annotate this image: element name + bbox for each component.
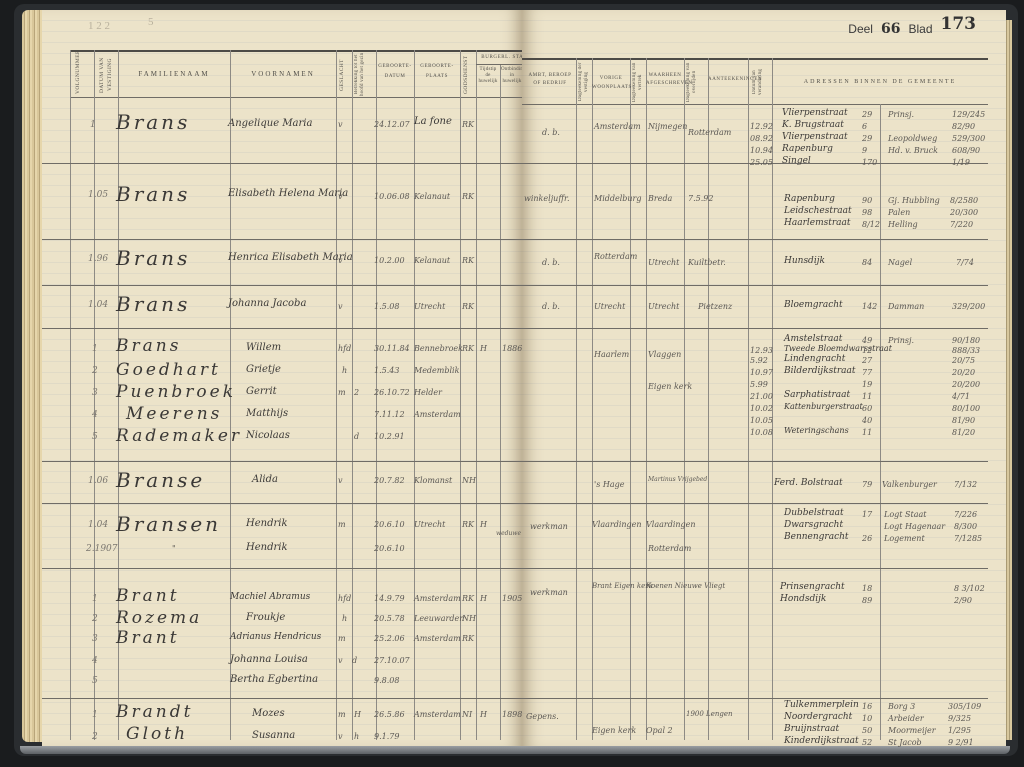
address-number: 9	[862, 146, 867, 155]
sex: v	[338, 302, 343, 311]
reference-number: 529/300	[952, 134, 985, 143]
birth-date: 10.2.91	[374, 432, 405, 441]
address-street: Kattenburgerstraat	[784, 402, 863, 411]
birth-place: Helder	[414, 388, 442, 397]
pencil-mark: 5	[148, 16, 154, 28]
address-number: 52	[862, 738, 872, 747]
sex: v	[338, 656, 343, 665]
birth-date: 26.5.86	[374, 710, 405, 719]
address-note: Logement	[884, 534, 925, 543]
birth-date: 1.5.08	[374, 302, 399, 311]
given-names: Machiel Abramus	[230, 592, 310, 602]
occupation: d. b.	[542, 258, 560, 267]
address-note: Palen	[888, 208, 910, 217]
surname: Brans	[116, 246, 190, 270]
address-note: Logt Hagenaar	[884, 522, 945, 531]
surname: Brant	[116, 628, 180, 648]
address-date: 25.05	[750, 158, 773, 167]
address-street: Tweede Bloemdwarsstraat	[784, 344, 892, 353]
religion: RK	[462, 256, 474, 265]
record-number: 5	[92, 676, 98, 686]
relation: d	[354, 432, 359, 441]
birth-date: 7.11.12	[374, 410, 405, 419]
address-street: Vlierpenstraat	[782, 108, 848, 118]
address-number: 98	[862, 208, 872, 217]
left-page: 1 2 2 5 Volgnummer Datum van vestiging F…	[42, 10, 522, 746]
col-header-betrekking: Betrekking tot het hoofd van het gezin	[354, 52, 374, 96]
marriage-date: 1905	[502, 594, 522, 603]
religion: RK	[462, 344, 474, 353]
relation: h	[354, 732, 359, 741]
sex: v	[338, 192, 343, 201]
relation: h	[342, 614, 347, 623]
sex: m	[338, 710, 346, 719]
birth-date: 14.9.79	[374, 594, 405, 603]
address-number: 16	[862, 702, 872, 711]
birth-date: 26.10.72	[374, 388, 410, 397]
surname: Brandt	[116, 702, 193, 722]
previous-residence: Haarlem	[594, 350, 629, 359]
address-note: St Jacob	[888, 738, 922, 747]
reference-number: 80/100	[952, 404, 980, 413]
occupation: d. b.	[542, 302, 560, 311]
previous-residence: Brant Eigen kerk	[592, 582, 653, 590]
previous-residence: Utrecht	[594, 302, 625, 311]
departed-to: Eigen kerk	[648, 382, 692, 391]
previous-residence: Vlaardingen	[592, 520, 642, 529]
marital-status: H	[480, 520, 487, 529]
volume-label: Deel	[848, 22, 873, 36]
address-note: Nagel	[888, 258, 912, 267]
col-header-waarheen: Waarheen afgeschreven	[646, 72, 684, 88]
relation: 2	[354, 388, 359, 397]
surname: Brans	[116, 336, 181, 356]
address-street: Haarlemstraat	[784, 218, 851, 228]
birth-date: 24.12.07	[374, 120, 410, 129]
surname: Rozema	[116, 608, 202, 628]
birth-place: Amsterdam	[414, 410, 461, 419]
remark: 1900 Lengen	[686, 710, 732, 718]
address-street: Dwarsgracht	[784, 520, 843, 530]
address-street: Lindengracht	[784, 354, 845, 364]
reference-number: 8/2580	[950, 196, 978, 205]
address-note: Borg 3	[888, 702, 915, 711]
relation: hfd	[338, 344, 351, 353]
birth-place: Amsterdam	[414, 634, 461, 643]
given-names: Alida	[252, 474, 278, 485]
given-names: Nicolaas	[246, 430, 290, 441]
sex: m	[338, 520, 346, 529]
reference-number: 81/20	[952, 428, 975, 437]
birth-place: Amsterdam	[414, 594, 461, 603]
reference-number: 82/90	[952, 122, 975, 131]
address-number: 29	[862, 134, 872, 143]
address-note: Moormeijer	[888, 726, 936, 735]
reference-number: 7/74	[956, 258, 974, 267]
given-names: Willem	[246, 342, 281, 353]
birth-place: Utrecht	[414, 520, 445, 529]
previous-residence: Middelburg	[594, 194, 642, 203]
birth-place: Kelanaut	[414, 256, 450, 265]
address-street: Tulkemmerplein	[784, 700, 859, 710]
address-date: 10.05	[750, 416, 773, 425]
marital-status: H	[480, 594, 487, 603]
address-date: 5.99	[750, 380, 768, 389]
surname: Goedhart	[116, 360, 221, 380]
record-number: 1	[92, 710, 98, 720]
reference-number: 129/245	[952, 110, 985, 119]
ditto-mark: "	[172, 544, 176, 553]
marital-status: H	[480, 710, 487, 719]
given-names: Mozes	[252, 708, 285, 719]
address-number: 18	[862, 584, 872, 593]
surname: Meerens	[126, 404, 222, 424]
birth-date: 9.8.08	[374, 676, 399, 685]
address-number: 90	[862, 196, 872, 205]
departed-to: Utrecht	[648, 302, 679, 311]
given-names: Gerrit	[246, 386, 277, 397]
departed-to: Koenen Nieuwe Vliegt	[646, 582, 725, 590]
address-date: 10.08	[750, 428, 773, 437]
address-street: Hondsdijk	[780, 594, 826, 604]
religion: NH	[462, 476, 476, 485]
address-number: 50	[862, 726, 872, 735]
address-date: 10.94	[750, 146, 773, 155]
reference-number: 8/300	[954, 522, 977, 531]
remark: 7.5.92	[688, 194, 713, 203]
address-note: Helling	[888, 220, 918, 229]
col-header-dagteekening-vestiging: Dagteekening der vestiging	[578, 62, 590, 102]
birth-date: 20.7.82	[374, 476, 405, 485]
birth-date: 30.11.84	[374, 344, 410, 353]
birth-date: 1.5.43	[374, 366, 399, 375]
departed-to: Vlaggen	[648, 350, 681, 359]
surname: Brans	[116, 182, 190, 206]
remark: Rotterdam	[688, 128, 731, 137]
religion: RK	[462, 634, 474, 643]
record-number: 1	[92, 594, 98, 604]
address-street: Bruijnstraat	[784, 724, 839, 734]
occupation: Gepens.	[526, 712, 559, 721]
col-header-familienaam: Familienaam	[118, 70, 230, 78]
address-number: 8/12	[862, 220, 880, 229]
surname: Brans	[116, 292, 190, 316]
given-names: Henrica Elisabeth Maria	[228, 252, 353, 263]
record-number: 1	[90, 120, 96, 130]
departed-to: Martinus Vrijgebed	[648, 476, 707, 483]
col-header-datum-vestiging: Datum van vestiging	[98, 56, 114, 94]
birth-place: Kelanaut	[414, 192, 450, 201]
remark: Kuiltbetr.	[688, 258, 726, 267]
departed-to: Nijmegen	[648, 122, 687, 131]
reference-number: 9/325	[948, 714, 971, 723]
occupation: werkman	[530, 588, 568, 597]
previous-residence: Rotterdam	[594, 252, 637, 261]
address-street: Ferd. Bolstraat	[774, 478, 843, 488]
record-number: 1.96	[88, 254, 108, 264]
reference-number: 20/75	[952, 356, 975, 365]
address-number: 11	[862, 392, 872, 401]
surname: Brans	[116, 110, 190, 134]
reference-number: 608/90	[952, 146, 980, 155]
address-street: Prinsengracht	[780, 582, 845, 592]
religion: RK	[462, 520, 474, 529]
address-date: 08.92	[750, 134, 773, 143]
relation: H	[354, 710, 361, 719]
reference-number: 329/200	[952, 302, 985, 311]
given-names: Bertha Egbertina	[230, 674, 318, 685]
birth-date: 10.2.00	[374, 256, 405, 265]
address-number: 29	[862, 110, 872, 119]
record-number: 3	[92, 634, 98, 644]
surname: Gloth	[126, 724, 188, 744]
reference-number: 4/71	[952, 392, 970, 401]
reference-number: 305/109	[948, 702, 981, 711]
address-number: 11	[862, 428, 872, 437]
col-header-geboorteplaats: Geboorte-plaats	[414, 62, 460, 82]
departed-to: Vlaardingen	[646, 520, 696, 529]
given-names: Grietje	[246, 364, 281, 375]
record-number: 1.06	[88, 476, 108, 486]
birth-place: Bennebroek	[414, 344, 463, 353]
relation: d	[352, 656, 357, 665]
address-number: 17	[862, 510, 872, 519]
address-note: Arbeider	[888, 714, 924, 723]
sex: v	[338, 476, 343, 485]
col-header-vorige-woonplaats: Vorige woonplaats	[592, 74, 630, 92]
religion: RK	[462, 302, 474, 311]
record-number: 1.04	[88, 520, 108, 530]
record-number: 3	[92, 388, 98, 398]
col-header-dagteekening-vertrek: Dagteekening van vertrek	[632, 62, 644, 102]
birth-place: Medemblik	[414, 366, 459, 375]
birth-date: 25.2.06	[374, 634, 405, 643]
relation: hfd	[338, 594, 351, 603]
col-header-tijdstip-huwelijk: Tijdstip de huwelijk	[477, 67, 499, 85]
surname: Branse	[116, 468, 205, 492]
departed-to: Utrecht	[648, 258, 679, 267]
sex: v	[338, 256, 343, 265]
book-bottom-edge	[20, 746, 1010, 754]
birth-place: Leeuwarden	[414, 614, 464, 623]
birth-date: 20.6.10	[374, 520, 405, 529]
address-street: Rapenburg	[782, 144, 833, 154]
address-street: Noordergracht	[784, 712, 852, 722]
address-note: Gj. Hubbling	[888, 196, 940, 205]
col-header-ambt: Ambt, beroep of bedrijf	[526, 72, 574, 88]
reference-number: 20/20	[952, 368, 975, 377]
previous-residence: Amsterdam	[594, 122, 641, 131]
col-header-geslacht: Geslacht	[338, 56, 350, 94]
reference-number: 7/220	[950, 220, 973, 229]
relation: h	[342, 366, 347, 375]
given-names: Elisabeth Helena Maria	[228, 188, 348, 199]
religion: RK	[462, 120, 474, 129]
given-names: Angelique Maria	[228, 118, 312, 129]
address-number: 10	[862, 714, 872, 723]
previous-residence: Eigen kerk	[592, 726, 636, 735]
address-date: 10.97	[750, 368, 773, 377]
reference-number: 8 3/102	[954, 584, 985, 593]
col-header-datum-verandering: Datum van verandering	[752, 62, 768, 102]
address-street: Kinderdijkstraat	[784, 736, 859, 746]
sheet-label: Blad	[908, 22, 932, 36]
sex: v	[338, 120, 343, 129]
address-date: 12.93	[750, 346, 773, 355]
address-number: 77	[862, 368, 872, 377]
address-number: 89	[862, 596, 872, 605]
reference-number: 2/90	[954, 596, 972, 605]
record-number: 2	[92, 614, 98, 624]
religion: RK	[462, 192, 474, 201]
birth-place: Klomanst	[414, 476, 452, 485]
given-names: Susanna	[252, 730, 295, 741]
remark: Pietzenz	[698, 302, 732, 311]
birth-place: La fone	[414, 116, 452, 127]
birth-date: 27.10.07	[374, 656, 410, 665]
address-note: Valkenburger	[882, 480, 937, 489]
address-number: 6	[862, 122, 867, 131]
surname: Brant	[116, 586, 180, 606]
surname: Rademaker	[116, 426, 242, 446]
address-number: 40	[862, 416, 872, 425]
occupation: werkman	[530, 522, 568, 531]
marriage-date: 1898	[502, 710, 522, 719]
given-names: Johanna Louisa	[230, 654, 308, 665]
address-number: 170	[862, 158, 877, 167]
reference-number: 1/19	[952, 158, 970, 167]
previous-residence: 's Hage	[594, 480, 624, 489]
reference-number: 90/180	[952, 336, 980, 345]
birth-date: 10.06.08	[374, 192, 410, 201]
address-street: Weteringschans	[784, 426, 849, 435]
birth-date: 20.6.10	[374, 544, 405, 553]
remark: Rotterdam	[648, 544, 691, 553]
given-names: Hendrik	[246, 542, 288, 553]
address-street: Leidschestraat	[784, 206, 852, 216]
address-number: 60	[862, 404, 872, 413]
address-street: Sarphatistraat	[784, 390, 850, 400]
address-date: 21.00	[750, 392, 773, 401]
given-names: Johanna Jacoba	[228, 298, 306, 309]
volume-number: 66	[881, 21, 900, 37]
reference-number: 20/200	[952, 380, 980, 389]
left-page-edges	[22, 10, 44, 742]
address-street: Bilderdijkstraat	[784, 366, 856, 376]
address-street: Hunsdijk	[784, 256, 825, 266]
reference-number: 81/90	[952, 416, 975, 425]
address-street: Bennengracht	[784, 532, 849, 542]
address-date: 12.92	[750, 122, 773, 131]
marriage-date: 1886	[502, 344, 522, 353]
reference-number: 7/226	[954, 510, 977, 519]
reference-number: 9 2/91	[948, 738, 974, 747]
address-note: Damman	[888, 302, 924, 311]
right-page: Deel 66 Blad 173 Ambt, beroep of bedrijf…	[522, 10, 1006, 746]
sex: v	[338, 732, 343, 741]
address-street: K. Brugstraat	[782, 120, 844, 130]
record-number: 1.04	[88, 300, 108, 310]
sheet-number: 173	[941, 14, 977, 34]
address-note: Leopoldweg	[888, 134, 937, 143]
address-street: Amstelstraat	[784, 334, 842, 344]
reference-number: 7/1285	[954, 534, 982, 543]
address-number: 12	[862, 346, 872, 355]
address-number: 79	[862, 480, 872, 489]
col-header-voornamen: Voornamen	[230, 70, 336, 78]
departed-to: Breda	[648, 194, 672, 203]
record-number: 4	[92, 656, 98, 666]
birth-date: 9.1.79	[374, 732, 399, 741]
surname: Bransen	[116, 512, 221, 536]
given-names: Hendrik	[246, 518, 288, 529]
marriage-note: weduwe	[496, 530, 521, 537]
address-number: 19	[862, 380, 872, 389]
address-date: 10.02	[750, 404, 773, 413]
address-number: 142	[862, 302, 877, 311]
address-street: Rapenburg	[784, 194, 835, 204]
address-street: Vlierpenstraat	[782, 132, 848, 142]
departed-to: Opal 2	[646, 726, 673, 735]
reference-number: 888/33	[952, 346, 980, 355]
col-header-ontbinding: Ontbinding in huwelijk	[501, 67, 523, 85]
address-note: Logt Staat	[884, 510, 926, 519]
given-names: Froukje	[246, 612, 285, 623]
marital-status: H	[480, 344, 487, 353]
col-header-adressen: Adressen binnen de gemeente	[772, 78, 988, 86]
religion: RK	[462, 594, 474, 603]
address-number: 26	[862, 534, 872, 543]
address-note: Prinsj.	[888, 110, 914, 119]
col-header-dagteekening-overlijden: Dagteekening van overlijden	[686, 62, 706, 102]
address-number: 84	[862, 258, 872, 267]
address-street: Singel	[782, 156, 811, 166]
address-date: 5.92	[750, 356, 768, 365]
record-number: 2	[92, 366, 98, 376]
occupation: d. b.	[542, 128, 560, 137]
record-number: 2	[92, 732, 98, 742]
sex: m	[338, 388, 346, 397]
reference-number: 7/132	[954, 480, 977, 489]
given-names: Adrianus Hendricus	[230, 632, 321, 642]
reference-number: 20/300	[950, 208, 978, 217]
address-number: 27	[862, 356, 872, 365]
pencil-mark: 1 2 2	[88, 20, 110, 32]
surname: Puenbroek	[116, 382, 236, 402]
col-header-aanteekeningen: Aanteekeningen	[708, 76, 748, 84]
page-number: Deel 66 Blad 173	[848, 18, 976, 38]
col-header-volgnummer: Volgnummer	[74, 56, 90, 94]
reference-number: 1/295	[948, 726, 971, 735]
religion: NI	[462, 710, 472, 719]
address-note: Hd. v. Bruck	[888, 146, 938, 155]
col-header-godsdienst: Godsdienst	[462, 56, 474, 94]
address-street: Bloemgracht	[784, 300, 843, 310]
sex: m	[338, 634, 346, 643]
record-number: 1	[92, 344, 98, 354]
record-number: 1.05	[88, 190, 108, 200]
birth-date: 20.5.78	[374, 614, 405, 623]
record-number: 4	[92, 410, 98, 420]
occupation: winkeljuffr.	[524, 194, 570, 203]
address-street: Dubbelstraat	[784, 508, 844, 518]
birth-place: Amsterdam	[414, 710, 461, 719]
record-number: 2.1907	[86, 544, 118, 554]
given-names: Matthijs	[246, 408, 288, 419]
record-number: 5	[92, 432, 98, 442]
col-header-geboortedatum: Geboorte-datum	[376, 62, 414, 82]
birth-place: Utrecht	[414, 302, 445, 311]
